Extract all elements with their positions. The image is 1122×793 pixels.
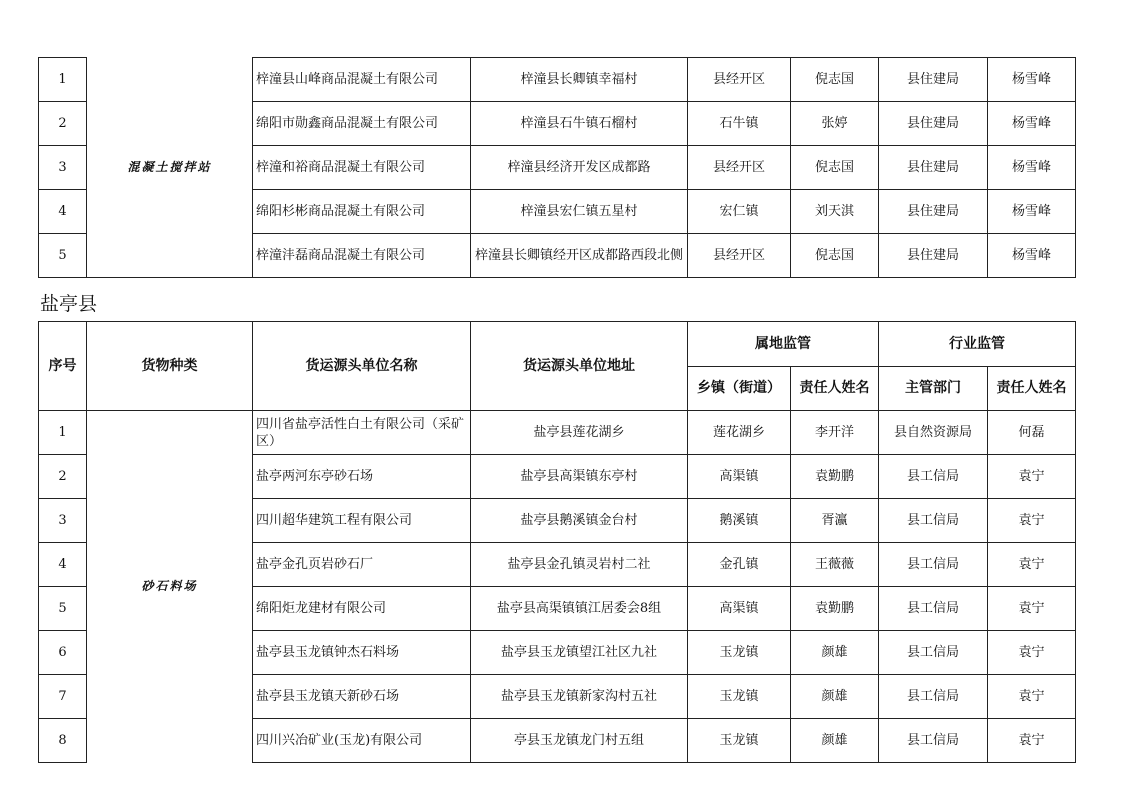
dept-cell: 县工信局 <box>879 543 988 587</box>
address-cell: 盐亭县金孔镇灵岩村二社 <box>471 543 688 587</box>
header-dept: 主管部门 <box>879 367 988 411</box>
town-cell: 玉龙镇 <box>688 719 791 763</box>
address-cell: 盐亭县鹅溪镇金台村 <box>471 499 688 543</box>
seq-cell: 4 <box>39 190 87 234</box>
dept-person-cell: 袁宁 <box>988 675 1076 719</box>
town-cell: 县经开区 <box>688 234 791 278</box>
address-cell: 梓潼县石牛镇石榴村 <box>471 102 688 146</box>
dept-person-cell: 袁宁 <box>988 719 1076 763</box>
town-person-cell: 王薇薇 <box>791 543 879 587</box>
dept-cell: 县住建局 <box>879 190 988 234</box>
town-cell: 石牛镇 <box>688 102 791 146</box>
unit-name-cell: 绵阳杉彬商品混凝土有限公司 <box>253 190 471 234</box>
seq-cell: 2 <box>39 102 87 146</box>
town-cell: 玉龙镇 <box>688 631 791 675</box>
seq-cell: 6 <box>39 631 87 675</box>
dept-person-cell: 杨雪峰 <box>988 102 1076 146</box>
unit-name-cell: 盐亭县玉龙镇钟杰石料场 <box>253 631 471 675</box>
town-person-cell: 颜雄 <box>791 719 879 763</box>
town-person-cell: 颜雄 <box>791 675 879 719</box>
seq-cell: 8 <box>39 719 87 763</box>
address-cell: 盐亭县玉龙镇新家沟村五社 <box>471 675 688 719</box>
unit-name-cell: 四川省盐亭活性白土有限公司（采矿区） <box>253 411 471 455</box>
town-person-cell: 倪志国 <box>791 234 879 278</box>
town-person-cell: 张婷 <box>791 102 879 146</box>
dept-cell: 县工信局 <box>879 675 988 719</box>
dept-person-cell: 杨雪峰 <box>988 190 1076 234</box>
dept-cell: 县工信局 <box>879 499 988 543</box>
address-cell: 盐亭县高渠镇东亭村 <box>471 455 688 499</box>
dept-cell: 县住建局 <box>879 146 988 190</box>
dept-cell: 县工信局 <box>879 719 988 763</box>
category-cell: 混凝土搅拌站 <box>87 58 253 278</box>
header-industry-supervision: 行业监管 <box>879 322 1076 367</box>
seq-cell: 4 <box>39 543 87 587</box>
unit-name-cell: 绵阳市勋鑫商品混凝土有限公司 <box>253 102 471 146</box>
town-cell: 宏仁镇 <box>688 190 791 234</box>
dept-person-cell: 袁宁 <box>988 499 1076 543</box>
seq-cell: 3 <box>39 146 87 190</box>
address-cell: 梓潼县经济开发区成都路 <box>471 146 688 190</box>
address-cell: 盐亭县高渠镇镇江居委会8组 <box>471 587 688 631</box>
dept-cell: 县住建局 <box>879 58 988 102</box>
dept-cell: 县工信局 <box>879 455 988 499</box>
header-local-supervision: 属地监管 <box>688 322 879 367</box>
dept-person-cell: 杨雪峰 <box>988 234 1076 278</box>
town-cell: 高渠镇 <box>688 587 791 631</box>
header-seq: 序号 <box>39 322 87 411</box>
seq-cell: 1 <box>39 411 87 455</box>
town-person-cell: 倪志国 <box>791 58 879 102</box>
unit-name-cell: 梓潼和裕商品混凝土有限公司 <box>253 146 471 190</box>
seq-cell: 1 <box>39 58 87 102</box>
town-person-cell: 刘天淇 <box>791 190 879 234</box>
category-cell: 砂石料场 <box>87 411 253 763</box>
town-cell: 县经开区 <box>688 58 791 102</box>
unit-name-cell: 梓潼县山峰商品混凝土有限公司 <box>253 58 471 102</box>
dept-cell: 县住建局 <box>879 102 988 146</box>
address-cell: 梓潼县长卿镇经开区成都路西段北侧 <box>471 234 688 278</box>
address-cell: 盐亭县莲花湖乡 <box>471 411 688 455</box>
header-town: 乡镇（街道） <box>688 367 791 411</box>
header-town-person: 责任人姓名 <box>791 367 879 411</box>
unit-name-cell: 盐亭两河东亭砂石场 <box>253 455 471 499</box>
gravel-yard-table: 序号 货物种类 货运源头单位名称 货运源头单位地址 属地监管 行业监管 乡镇（街… <box>38 321 1076 763</box>
dept-cell: 县住建局 <box>879 234 988 278</box>
town-cell: 金孔镇 <box>688 543 791 587</box>
town-cell: 高渠镇 <box>688 455 791 499</box>
header-unit-name: 货运源头单位名称 <box>253 322 471 411</box>
address-cell: 亭县玉龙镇龙门村五组 <box>471 719 688 763</box>
town-person-cell: 袁勤鹏 <box>791 587 879 631</box>
seq-cell: 7 <box>39 675 87 719</box>
address-cell: 梓潼县宏仁镇五星村 <box>471 190 688 234</box>
unit-name-cell: 绵阳炬龙建材有限公司 <box>253 587 471 631</box>
town-person-cell: 颜雄 <box>791 631 879 675</box>
dept-cell: 县工信局 <box>879 587 988 631</box>
dept-cell: 县自然资源局 <box>879 411 988 455</box>
town-cell: 玉龙镇 <box>688 675 791 719</box>
concrete-station-table: 1 混凝土搅拌站 梓潼县山峰商品混凝土有限公司 梓潼县长卿镇幸福村 县经开区 倪… <box>38 57 1076 278</box>
dept-person-cell: 杨雪峰 <box>988 58 1076 102</box>
seq-cell: 5 <box>39 234 87 278</box>
table-row: 1 砂石料场 四川省盐亭活性白土有限公司（采矿区） 盐亭县莲花湖乡 莲花湖乡 李… <box>39 411 1076 455</box>
header-row: 序号 货物种类 货运源头单位名称 货运源头单位地址 属地监管 行业监管 <box>39 322 1076 367</box>
dept-cell: 县工信局 <box>879 631 988 675</box>
unit-name-cell: 盐亭金孔页岩砂石厂 <box>253 543 471 587</box>
dept-person-cell: 袁宁 <box>988 455 1076 499</box>
address-cell: 盐亭县玉龙镇望江社区九社 <box>471 631 688 675</box>
unit-name-cell: 四川兴冶矿业(玉龙)有限公司 <box>253 719 471 763</box>
town-cell: 莲花湖乡 <box>688 411 791 455</box>
town-person-cell: 倪志国 <box>791 146 879 190</box>
town-person-cell: 胥瀛 <box>791 499 879 543</box>
county-title: 盐亭县 <box>40 289 97 316</box>
header-dept-person: 责任人姓名 <box>988 367 1076 411</box>
unit-name-cell: 梓潼沣磊商品混凝土有限公司 <box>253 234 471 278</box>
dept-person-cell: 袁宁 <box>988 587 1076 631</box>
town-person-cell: 李开洋 <box>791 411 879 455</box>
dept-person-cell: 袁宁 <box>988 631 1076 675</box>
town-cell: 县经开区 <box>688 146 791 190</box>
dept-person-cell: 何磊 <box>988 411 1076 455</box>
dept-person-cell: 袁宁 <box>988 543 1076 587</box>
seq-cell: 5 <box>39 587 87 631</box>
seq-cell: 2 <box>39 455 87 499</box>
dept-person-cell: 杨雪峰 <box>988 146 1076 190</box>
unit-name-cell: 四川超华建筑工程有限公司 <box>253 499 471 543</box>
town-person-cell: 袁勤鹏 <box>791 455 879 499</box>
table-row: 1 混凝土搅拌站 梓潼县山峰商品混凝土有限公司 梓潼县长卿镇幸福村 县经开区 倪… <box>39 58 1076 102</box>
header-category: 货物种类 <box>87 322 253 411</box>
seq-cell: 3 <box>39 499 87 543</box>
unit-name-cell: 盐亭县玉龙镇天新砂石场 <box>253 675 471 719</box>
address-cell: 梓潼县长卿镇幸福村 <box>471 58 688 102</box>
header-address: 货运源头单位地址 <box>471 322 688 411</box>
town-cell: 鹅溪镇 <box>688 499 791 543</box>
